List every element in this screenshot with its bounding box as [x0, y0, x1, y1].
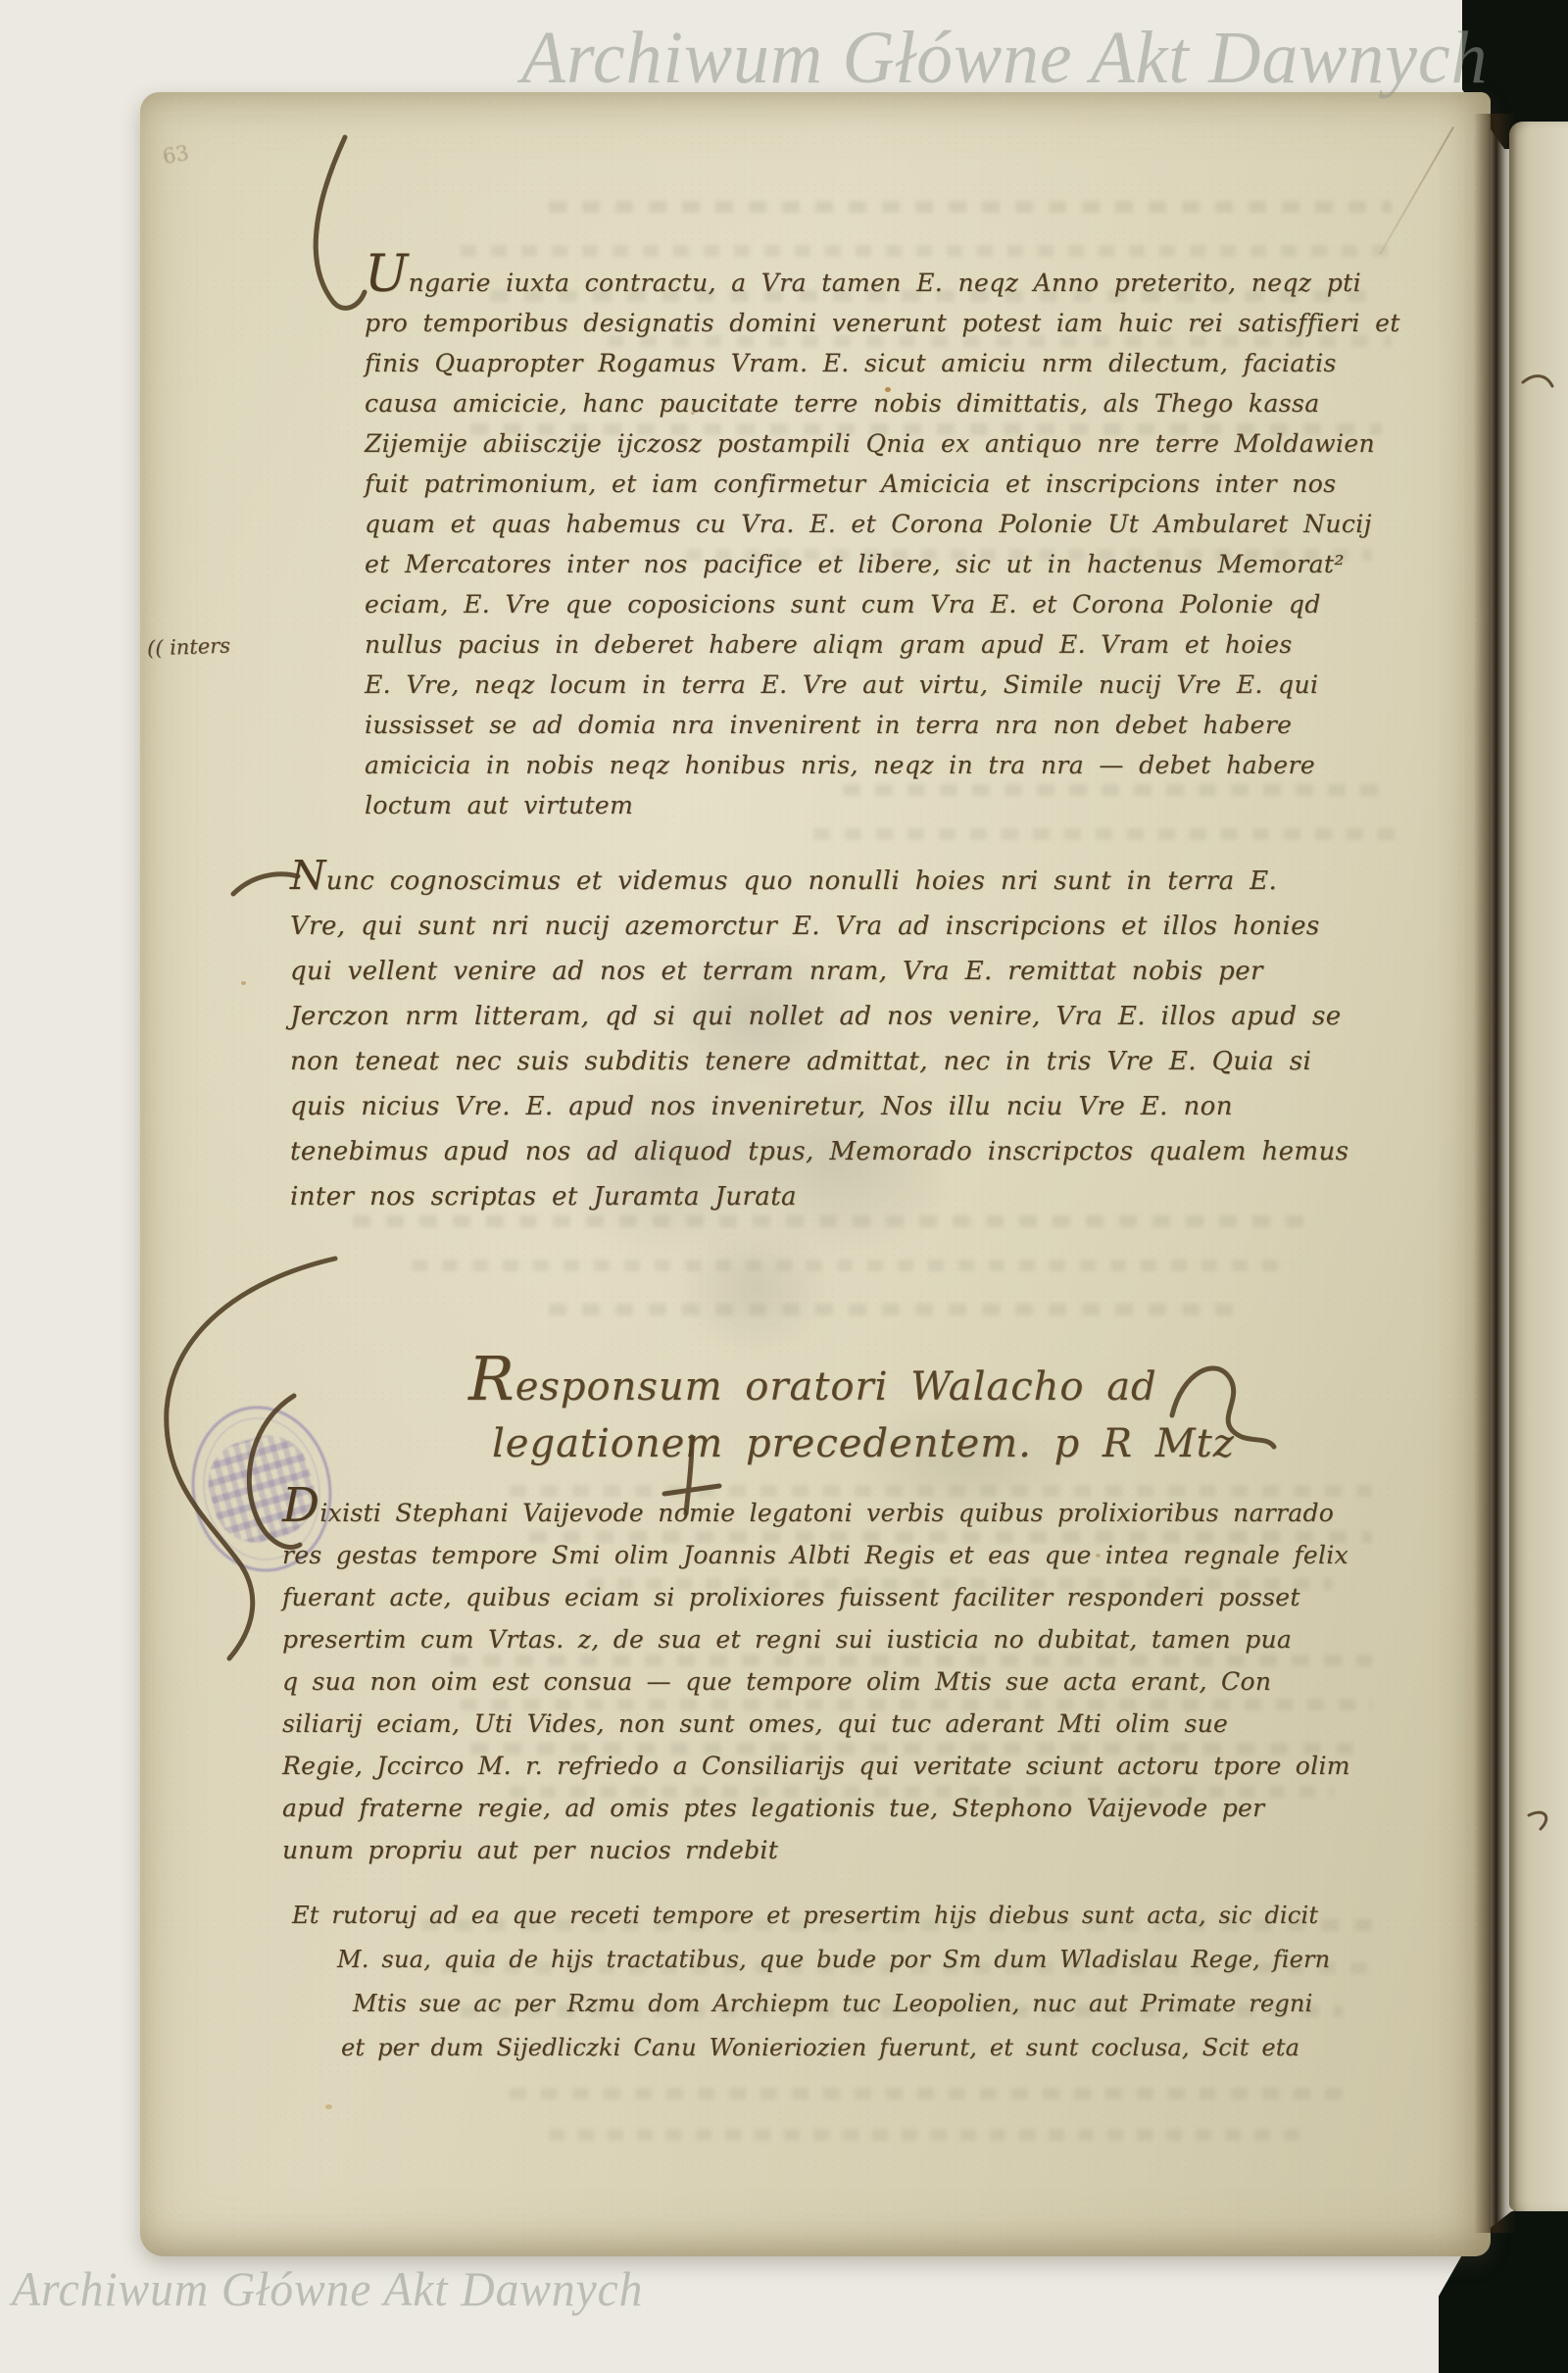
manuscript-line: pro temporibus designatis domini venerun… — [365, 303, 1443, 343]
binding-gutter-shadow — [1474, 114, 1517, 2233]
manuscript-line: Mtis sue ac per Rzmu dom Archiepm tuc Le… — [353, 1982, 1448, 2026]
ink-speck — [325, 2104, 332, 2109]
manuscript-line: res gestas tempore Smi olim Joannis Albt… — [282, 1534, 1439, 1576]
manuscript-line: fuit patrimonium, et iam confirmetur Ami… — [365, 464, 1443, 504]
manuscript-line: Et rutoruj ad ea que receti tempore et p… — [292, 1894, 1448, 1938]
manuscript-line: unum propriu aut per nucios rndebit — [282, 1829, 1439, 1871]
manuscript-line: Dixisti Stephani Vaijevode nomie legaton… — [282, 1490, 1439, 1534]
manuscript-line: et per dum Sijedliczki Canu Wonieriozien… — [341, 2026, 1448, 2070]
manuscript-line: finis Quapropter Rogamus Vram. E. sicut … — [365, 343, 1443, 383]
heading-line-2: legationem precedentem. p R Mtz — [492, 1415, 1235, 1472]
manuscript-line: quis nicius Vre. E. apud nos inveniretur… — [290, 1084, 1427, 1129]
folio-number: 63 — [161, 141, 190, 169]
manuscript-line: Regie, Jccirco M. r. refriedo a Consilia… — [282, 1745, 1439, 1787]
manuscript-line: inter nos scriptas et Juramta Jurata — [290, 1174, 1427, 1219]
manuscript-line: iussisset se ad domia nra invenirent in … — [365, 705, 1443, 745]
manuscript-line: amicicia in nobis neqz honibus nris, neq… — [365, 745, 1443, 785]
ink-speck — [241, 981, 246, 985]
manuscript-line: presertim cum Vrtas. z, de sua et regni … — [282, 1618, 1439, 1660]
watermark-bottom: Archiwum Główne Akt Dawnych — [12, 2260, 643, 2317]
manuscript-line: loctum aut virtutem — [365, 785, 1443, 825]
manuscript-line: eciam, E. Vre que coposicions sunt cum V… — [365, 584, 1443, 624]
heading-line-1: Responsum oratori Walacho ad — [468, 1359, 1235, 1415]
paragraph-4: Et rutoruj ad ea que receti tempore et p… — [292, 1894, 1448, 2070]
next-page-edge — [1509, 122, 1568, 2211]
manuscript-line: M. sua, quia de hijs tractatibus, que bu… — [337, 1938, 1448, 1982]
archival-scan: { "overlay": { "watermark_top": "Archiwu… — [0, 0, 1568, 2373]
manuscript-line: q sua non oim est consua — que tempore o… — [282, 1660, 1439, 1703]
paragraph-1: Ungarie iuxta contractu, a Vra tamen E. … — [365, 257, 1443, 825]
margin-note: (( inters — [147, 634, 231, 661]
manuscript-line: fuerant acte, quibus eciam si prolixiore… — [282, 1576, 1439, 1618]
manuscript-line: non teneat nec suis subditis tenere admi… — [290, 1039, 1427, 1084]
manuscript-line: siliarij eciam, Uti Vides, non sunt omes… — [282, 1703, 1439, 1745]
manuscript-line: Nunc cognoscimus et videmus quo nonulli … — [290, 859, 1427, 904]
manuscript-line: et Mercatores inter nos pacifice et libe… — [365, 544, 1443, 584]
manuscript-line: tenebimus apud nos ad aliquod tpus, Memo… — [290, 1129, 1427, 1174]
section-heading: Responsum oratori Walacho ad legationem … — [468, 1359, 1235, 1472]
manuscript-line: qui vellent venire ad nos et terram nram… — [290, 949, 1427, 994]
paragraph-3: Dixisti Stephani Vaijevode nomie legaton… — [282, 1490, 1439, 1871]
manuscript-line: nullus pacius in deberet habere aliqm gr… — [365, 624, 1443, 665]
manuscript-line: Zijemije abiisczije ijczosz postampili Q… — [365, 423, 1443, 464]
watermark-top: Archiwum Główne Akt Dawnych — [521, 16, 1488, 101]
manuscript-line: E. Vre, neqz locum in terra E. Vre aut v… — [365, 665, 1443, 705]
manuscript-line: Vre, qui sunt nri nucij azemorctur E. Vr… — [290, 904, 1427, 949]
manuscript-line: causa amicicie, hanc paucitate terre nob… — [365, 383, 1443, 423]
manuscript-line: Ungarie iuxta contractu, a Vra tamen E. … — [365, 257, 1443, 303]
manuscript-line: apud fraterne regie, ad omis ptes legati… — [282, 1787, 1439, 1829]
paragraph-2: Nunc cognoscimus et videmus quo nonulli … — [290, 859, 1427, 1219]
manuscript-line: quam et quas habemus cu Vra. E. et Coron… — [365, 504, 1443, 544]
manuscript-line: Jerczon nrm litteram, qd si qui nollet a… — [290, 994, 1427, 1039]
